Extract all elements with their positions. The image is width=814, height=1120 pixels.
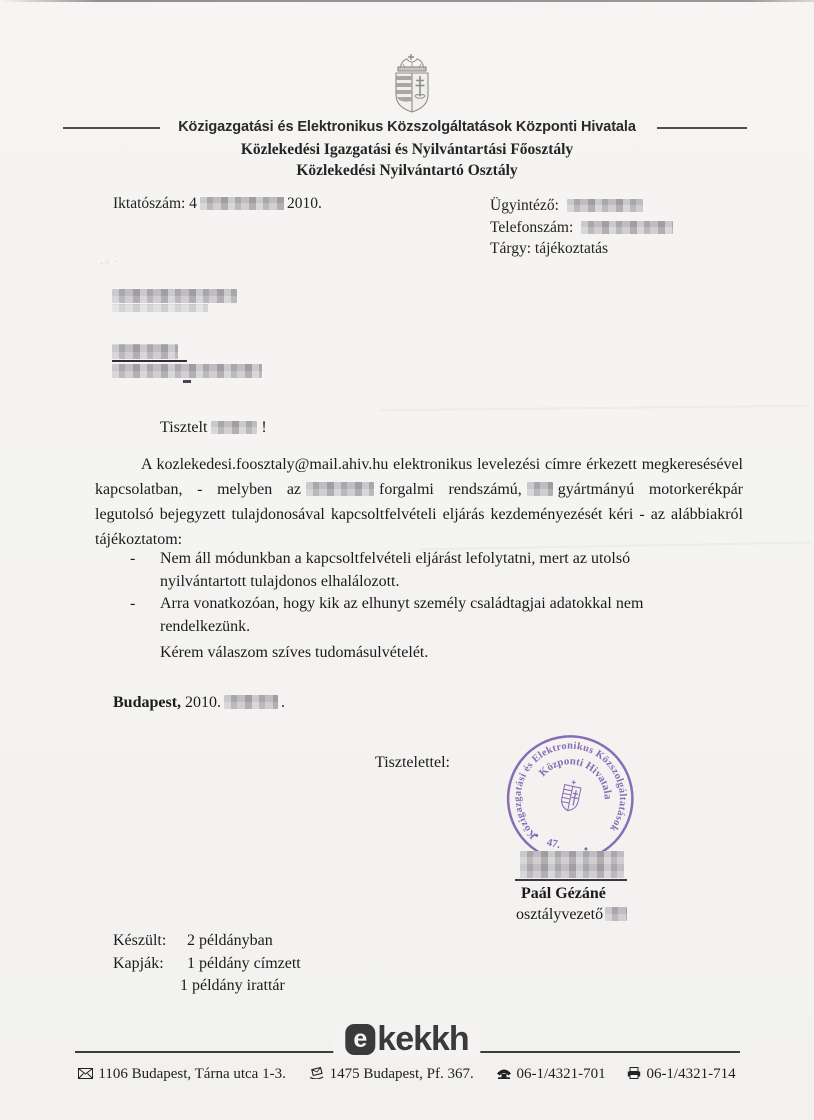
scan-edge-artifact [0,0,814,2]
dateline-city: Budapest, [113,694,181,711]
redaction-phone [581,221,673,234]
file-number-prefix: Iktatószám: 4 [113,195,197,212]
redaction-license-plate [306,482,374,496]
paper-crease [380,405,810,412]
tisztelettel-label: Tisztelettel: [375,750,450,775]
list-item: - Nem áll módunkban a kapcsoltfelvételi … [130,548,718,593]
case-officer-line: Ügyintéző: [490,195,673,217]
redaction-tick [183,380,191,383]
redaction-salutation-name [211,421,257,434]
department-line-2: Közlekedési Nyilvántartó Osztály [0,162,814,180]
kapjak-value-1: 1 példány címzett [187,955,301,972]
footer-pobox-item: 1475 Budapest, Pf. 367. [308,1066,474,1082]
subject-line: Tárgy: tájékoztatás [490,238,673,260]
main-paragraph: A kozlekedesi.foosztaly@mail.ahiv.hu ele… [95,452,743,552]
kekkh-logo-e-icon: e [345,1024,375,1055]
dateline-period: . [281,694,285,711]
list-item: - Arra vonatkozóan, hogy kik az elhunyt … [130,593,718,638]
redaction-case-officer [567,199,643,212]
copies-block: Készült:2 példányban Kapják:1 példány cí… [113,930,301,998]
salutation-suffix: ! [261,419,266,436]
phone-line: Telefonszám: [490,217,673,239]
footer-address: 1106 Budapest, Tárna utca 1-3. [98,1066,285,1082]
file-number-year: 2010. [287,195,322,212]
case-officer-block: Ügyintéző: Telefonszám: Tárgy: tájékozta… [490,195,673,260]
signer-title: osztályvezető [516,906,603,923]
stamp-ring-text: Közigazgatási és Elektronikus Közszolgál… [507,735,632,844]
bullet-list: - Nem áll módunkban a kapcsoltfelvételi … [130,548,718,638]
scanned-letter-page: Közigazgatási és Elektronikus Közszolgál… [0,0,814,1120]
redaction-make [527,482,553,496]
svg-text:Közigazgatási és Elektronikus: Közigazgatási és Elektronikus Közszolgál… [507,735,632,844]
pobox-icon [308,1067,325,1079]
org-title: Közigazgatási és Elektronikus Közszolgál… [0,119,814,135]
redaction-date [224,695,278,709]
redaction-address-line2 [112,364,262,378]
redaction-underline [112,360,187,362]
redaction-address-line1 [112,344,178,359]
redaction-file-number [200,197,284,210]
dateline-year: 2010. [185,694,221,711]
footer-pobox: 1475 Budapest, Pf. 367. [330,1066,474,1082]
phone-label: Telefonszám: [490,219,573,236]
bullet-2-text: Arra vonatkozóan, hogy kik az elhunyt sz… [160,593,718,638]
department-line-1: Közlekedési Igazgatási és Nyilvántartási… [0,141,814,159]
footer-contacts: 1106 Budapest, Tárna utca 1-3. 1475 Buda… [0,1066,814,1083]
footer-fax: 06-1/4321-714 [646,1066,735,1082]
paragraph-segment-2: forgalmi rendszámú, [379,481,522,498]
bullet-dash: - [130,548,160,593]
redaction-after-title [605,907,627,921]
footer-fax-item: 06-1/4321-714 [627,1066,735,1082]
footer-phone: 06-1/4321-701 [517,1066,606,1082]
copies-line-3: 1 példány irattár [113,975,301,998]
case-officer-label: Ügyintéző: [490,197,559,214]
bullet-1-text: Nem áll módunkban a kapcsoltfelvételi el… [160,548,718,593]
file-number-line: Iktatószám: 42010. [113,195,322,213]
closing-sentence: Kérem válaszom szíves tudomásulvételét. [160,640,428,665]
salutation: Tisztelt! [160,415,267,440]
hungarian-coat-of-arms-icon [383,52,441,121]
kekkh-logo-text: kekkh [377,1022,468,1056]
signer-title-line: osztályvezető [516,902,627,927]
footer-phone-item: 06-1/4321-701 [496,1066,606,1082]
stamp-number: 47. [546,836,562,851]
kapjak-label: Kapják: [113,953,187,976]
copies-line-1: Készült:2 példányban [113,930,301,953]
dateline: Budapest, 2010.. [113,690,285,715]
handwriting-smudge: ·⁖ · [99,257,120,269]
envelope-icon [78,1068,93,1079]
fax-icon [627,1067,641,1079]
keszult-value: 2 példányban [187,932,273,949]
redaction-recipient-line2 [112,304,208,312]
salutation-prefix: Tisztelt [160,419,207,436]
bullet-dash: - [130,593,160,638]
footer-address-item: 1106 Budapest, Tárna utca 1-3. [78,1066,285,1082]
redaction-signature [520,851,624,878]
redaction-recipient-name [112,289,237,303]
keszult-label: Készült: [113,930,187,953]
kekkh-logo: e kekkh [333,1022,480,1056]
copies-line-2: Kapják:1 példány címzett [113,953,301,976]
phone-icon [496,1068,512,1079]
